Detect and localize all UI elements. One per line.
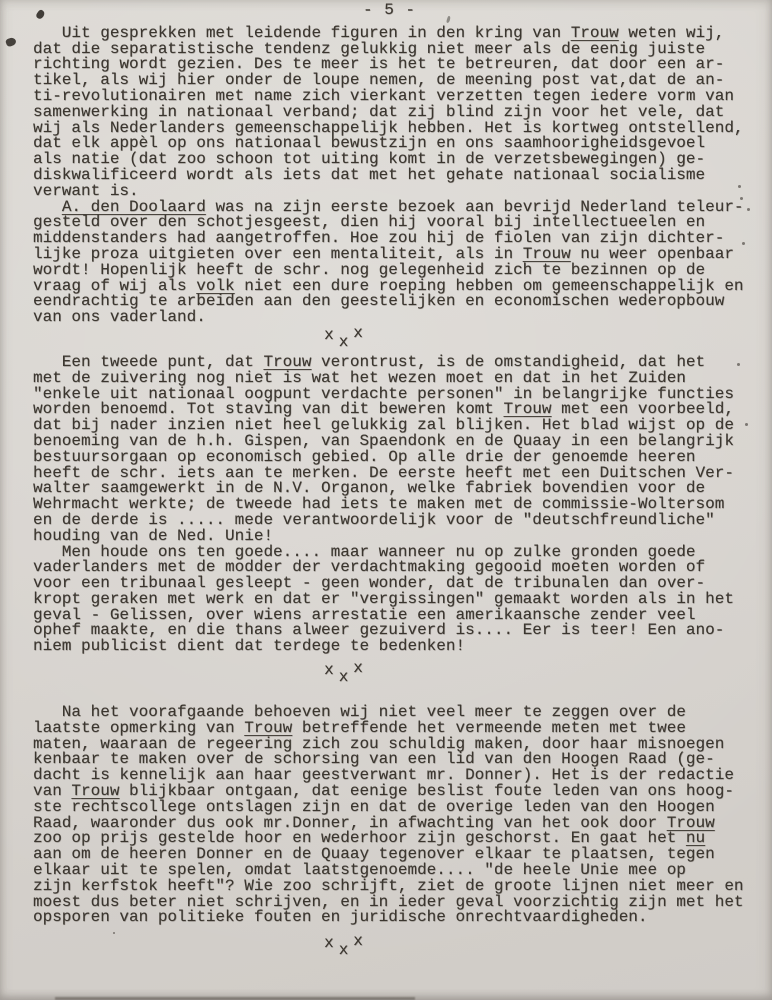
separator-x: x: [353, 326, 363, 342]
separator-x: x: [339, 670, 349, 686]
page-number: - 5 -: [33, 3, 746, 19]
paragraph: Na het voorafgaande behoeven wij niet ve…: [33, 705, 746, 926]
ink-speck: [747, 208, 750, 211]
separator-x: x: [353, 661, 363, 677]
separator-x: x: [324, 663, 334, 679]
scanned-page: - 5 - Uit gesprekken met leidende figure…: [0, 0, 772, 1000]
text-line: diskwalificeerd wordt als iets dat met h…: [33, 168, 746, 184]
paragraph: A. den Doolaard was na zijn eerste bezoe…: [33, 200, 746, 326]
paragraph: Uit gesprekken met leidende figuren in d…: [33, 26, 746, 200]
text-line: opsporen van politieke fouten en juridis…: [33, 910, 746, 926]
paragraph: Men houde ons ten goede.... maar wanneer…: [33, 545, 746, 656]
ink-speck: [5, 37, 17, 48]
separator-x: x: [324, 328, 334, 344]
section-separator: xxx: [0, 936, 700, 960]
text-line: van ons vaderland.: [33, 310, 746, 326]
section-separator: xxx: [0, 663, 700, 687]
separator-x: x: [324, 936, 334, 952]
paragraph: Een tweede punt, dat Trouw verontrust, i…: [33, 355, 746, 545]
section-separator: xxx: [0, 328, 700, 352]
text-line: niem publicist dient dat terdege te bede…: [33, 639, 746, 655]
separator-x: x: [353, 934, 363, 950]
separator-x: x: [339, 943, 349, 959]
document-body: Uit gesprekken met leidende figuren in d…: [33, 26, 746, 960]
separator-x: x: [339, 335, 349, 351]
document-content: - 5 - Uit gesprekken met leidende figure…: [33, 3, 746, 960]
